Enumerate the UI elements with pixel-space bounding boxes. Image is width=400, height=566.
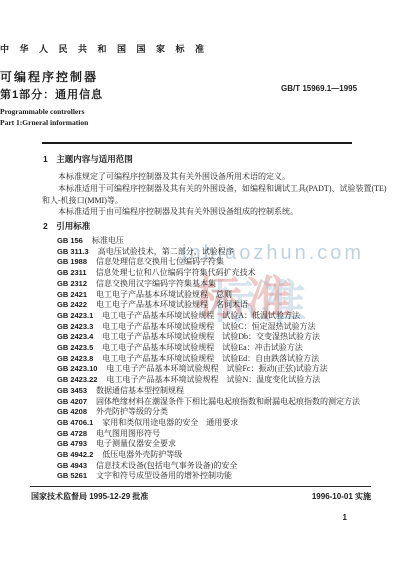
paragraph-line: 和人-机接口(MMI)等。 (42, 195, 358, 207)
document-subtitle-en: Part 1:Grneral information (0, 118, 320, 127)
standard-list-item: GB 2421 电工电子产品基本环境试验规程 总则 (57, 290, 397, 301)
standard-title: 标准电压 (92, 236, 124, 245)
standard-code: GB 2423.22 (57, 375, 97, 384)
section1-paragraphs: 本标准规定了可编程序控制器及其有关外围设备所用术语的定义。 本标准适用于可编程序… (42, 171, 358, 218)
standard-title: 文字和符号成型设备用的增补控制功能 (96, 471, 232, 480)
standard-title: 家用和类似用途电器的安全 通用要求 (102, 418, 238, 427)
document-title-en: Programmable controllers (0, 107, 320, 116)
standard-list-item: GB 4207 固体绝缘材料在潮湿条件下相比漏电起痕指数和耐漏电起痕指数的测定方… (57, 397, 397, 408)
standard-title: 电工电子产品基本环境试验规程 试验N：温度变化试验方法 (106, 375, 320, 384)
standard-code: GB 2423.1 (57, 311, 93, 320)
standard-number: GB/T 15969.1—1995 (281, 84, 357, 93)
implementation-note: 1996-10-01 实施 (312, 491, 371, 502)
standard-code: GB 2423.10 (57, 364, 97, 373)
standard-code: GB 311.3 (57, 247, 89, 256)
standard-list-item: GB 2423.4 电工电子产品基本环境试验规程 试验Db：交变湿热试验方法 (57, 332, 397, 343)
standard-title: 电工电子产品基本环境试验规程 试验C：恒定湿热试验方法 (102, 322, 315, 331)
standard-title: 电气图用图形符号 (96, 429, 160, 438)
standard-code: GB 1988 (57, 257, 87, 266)
standard-list-item: GB 2422 电工电子产品基本环境试验规程 名词术语 (57, 300, 397, 311)
standard-list-item: GB 2423.1 电工电子产品基本环境试验规程 试验A：低温试验方法 (57, 311, 397, 322)
standard-list-item: GB 311.3 高电压试验技术，第二部分，试验程序 (57, 247, 397, 258)
standard-title: 电工电子产品基本环境试验规程 名词术语 (96, 300, 248, 309)
standard-code: GB 2423.3 (57, 322, 93, 331)
standard-list-item: GB 2311 信息处理七位和八位编码字符集代码扩充技术 (57, 268, 397, 279)
standard-title: 外壳防护等级的分类 (96, 407, 168, 416)
standard-code: GB 2423.4 (57, 332, 93, 341)
referenced-standards-list: GB 156 标准电压 GB 311.3 高电压试验技术，第二部分，试验程序 G… (57, 236, 397, 482)
standard-list-item: GB 4208 外壳防护等级的分类 (57, 407, 397, 418)
standard-code: GB 2422 (57, 300, 87, 309)
standard-list-item: GB 2423.8 电工电子产品基本环境试验规程 试验Ed：自由跌落试验方法 (57, 354, 397, 365)
standard-list-item: GB 2423.10 电工电子产品基本环境试验规程 试验Fc：振动(正弦)试验方… (57, 364, 397, 375)
standard-code: GB 4793 (57, 439, 87, 448)
standard-title: 高电压试验技术，第二部分，试验程序 (98, 247, 234, 256)
standard-document-page: 标准 标准 jnbiaozhun.com 中 华 人 民 共 和 国 国 家 标… (0, 0, 400, 566)
standard-title: 信息交换用汉字编码字符集基本集 (96, 279, 216, 288)
page-number: 1 (343, 513, 347, 522)
header-divider (42, 142, 352, 144)
standard-code: GB 2423.8 (57, 354, 93, 363)
standard-list-item: GB 1988 信息处理信息交换用七位编码字符集 (57, 257, 397, 268)
standard-code: GB 2423.5 (57, 343, 93, 352)
standard-list-item: GB 156 标准电压 (57, 236, 397, 247)
standard-title: 电工电子产品基本环境试验规程 试验Ed：自由跌落试验方法 (102, 354, 319, 363)
standard-title: 数据通信基本型控制规程 (96, 386, 184, 395)
standard-title: 信息处理七位和八位编码字符集代码扩充技术 (96, 268, 256, 277)
standard-title: 信息处理信息交换用七位编码字符集 (96, 257, 224, 266)
standard-list-item: GB 5261 文字和符号成型设备用的增补控制功能 (57, 471, 397, 482)
standard-list-item: GB 4706.1 家用和类似用途电器的安全 通用要求 (57, 418, 397, 429)
standard-list-item: GB 2423.3 电工电子产品基本环境试验规程 试验C：恒定湿热试验方法 (57, 322, 397, 333)
standard-code: GB 4728 (57, 429, 87, 438)
standard-code: GB 5261 (57, 471, 87, 480)
standard-title: 固体绝缘材料在潮湿条件下相比漏电起痕指数和耐漏电起痕指数的测定方法 (96, 397, 360, 406)
section1-heading: 1 主题内容与适用范围 (43, 153, 133, 165)
standard-title: 信息技术设备(包括电气事务设备)的安全 (96, 461, 237, 470)
standard-list-item: GB 4728 电气图用图形符号 (57, 429, 397, 440)
standard-list-item: GB 4943 信息技术设备(包括电气事务设备)的安全 (57, 461, 397, 472)
standard-title: 电工电子产品基本环境试验规程 试验Db：交变湿热试验方法 (102, 332, 320, 341)
standard-code: GB 156 (57, 236, 83, 245)
standard-list-item: GB 2423.22 电工电子产品基本环境试验规程 试验N：温度变化试验方法 (57, 375, 397, 386)
section2-heading: 2 引用标准 (43, 220, 90, 232)
footer-divider (30, 486, 371, 487)
standard-code: GB 4942.2 (57, 450, 93, 459)
standard-list-item: GB 3453 数据通信基本型控制规程 (57, 386, 397, 397)
standard-title: 电工电子产品基本环境试验规程 试验Fc：振动(正弦)试验方法 (106, 364, 327, 373)
document-subtitle-cn: 第1部分：通用信息 (0, 86, 320, 102)
standard-title: 电工电子产品基本环境试验规程 试验A：低温试验方法 (102, 311, 300, 320)
standard-code: GB 2312 (57, 279, 87, 288)
standard-title: 电工电子产品基本环境试验规程 试验Ea：冲击试验方法 (102, 343, 302, 352)
standard-list-item: GB 4942.2 低压电器外壳防护等级 (57, 450, 397, 461)
standard-code: GB 4706.1 (57, 418, 93, 427)
standard-code: GB 4208 (57, 407, 87, 416)
standard-code: GB 4207 (57, 397, 87, 406)
national-standard-label: 中 华 人 民 共 和 国 国 家 标 准 (0, 42, 320, 55)
standard-title: 低压电器外壳防护等级 (102, 450, 182, 459)
standard-list-item: GB 4793 电子测量仪器安全要求 (57, 439, 397, 450)
standard-title: 电子测量仪器安全要求 (96, 439, 176, 448)
standard-title: 电工电子产品基本环境试验规程 总则 (96, 290, 232, 299)
paragraph-line: 本标准规定了可编程序控制器及其有关外围设备所用术语的定义。 (42, 171, 358, 183)
standard-code: GB 3453 (57, 386, 87, 395)
approval-note: 国家技术监督局 1995-12-29 批准 (31, 491, 148, 502)
standard-code: GB 4943 (57, 461, 87, 470)
standard-list-item: GB 2312 信息交换用汉字编码字符集基本集 (57, 279, 397, 290)
standard-code: GB 2421 (57, 290, 87, 299)
standard-list-item: GB 2423.5 电工电子产品基本环境试验规程 试验Ea：冲击试验方法 (57, 343, 397, 354)
paragraph-line: 本标准适用于由可编程序控制器及其有关外围设备组成的控制系统。 (42, 206, 358, 218)
paragraph-line: 本标准适用于可编程序控制器及其有关的外围设备，如编程和调试工具(PADT)、试验… (42, 183, 358, 195)
standard-code: GB 2311 (57, 268, 87, 277)
document-title-cn: 可编程序控制器 (0, 68, 320, 85)
